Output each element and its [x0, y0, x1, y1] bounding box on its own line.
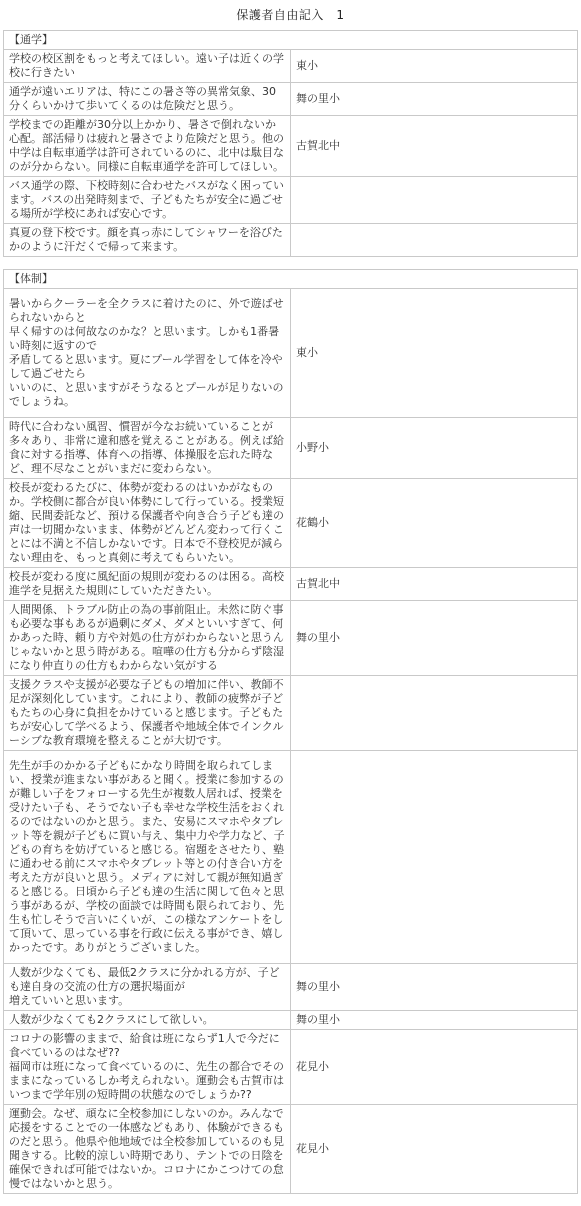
- school-cell: [291, 751, 578, 964]
- school-cell: 舞の里小: [291, 83, 578, 116]
- school-cell: 花鶴小: [291, 479, 578, 568]
- school-cell: 花見小: [291, 1030, 578, 1105]
- table-row: 人間関係、トラブル防止の為の事前阻止。未然に防ぐ事も必要な事もあるが過剰にダメ、…: [4, 601, 578, 676]
- comment-cell: 人数が少なくても、最低2クラスに分かれる方が、子ども達自身の交流の仕方の選択場面…: [4, 964, 291, 1011]
- table-row: 支援クラスや支援が必要な子どもの増加に伴い、教師不足が深刻化しています。これによ…: [4, 676, 578, 751]
- survey-table-system: 【体制】 暑いからクーラーを全クラスに着けたのに、外で遊ばせられないからと 早く…: [3, 269, 578, 1194]
- table-row: 学校までの距離が30分以上かかり、暑さで倒れないか心配。部活帰りは疲れと暑さでよ…: [4, 116, 578, 177]
- comment-cell: 真夏の登下校です。顔を真っ赤にしてシャワーを浴びたかのように汗だくで帰って来ます…: [4, 224, 291, 257]
- comment-cell: 運動会。なぜ、頑なに全校参加にしないのか。みんなで応援をすることでの一体感なども…: [4, 1105, 291, 1194]
- table-row: コロナの影響のままで、給食は班にならず1人で今だに食べているのはなぜ?? 福岡市…: [4, 1030, 578, 1105]
- school-cell: 花見小: [291, 1105, 578, 1194]
- comment-cell: 人間関係、トラブル防止の為の事前阻止。未然に防ぐ事も必要な事もあるが過剰にダメ、…: [4, 601, 291, 676]
- school-cell: 舞の里小: [291, 601, 578, 676]
- comment-cell: 支援クラスや支援が必要な子どもの増加に伴い、教師不足が深刻化しています。これによ…: [4, 676, 291, 751]
- comment-cell: 校長が変わる度に風紀面の規則が変わるのは困る。高校進学を見据えた規則にしていただ…: [4, 568, 291, 601]
- comment-cell: 学校までの距離が30分以上かかり、暑さで倒れないか心配。部活帰りは疲れと暑さでよ…: [4, 116, 291, 177]
- comment-cell: 人数が少なくても2クラスにして欲しい。: [4, 1011, 291, 1030]
- school-cell: 東小: [291, 50, 578, 83]
- table-row: 暑いからクーラーを全クラスに着けたのに、外で遊ばせられないからと 早く帰すのは何…: [4, 289, 578, 418]
- school-cell: 古賀北中: [291, 116, 578, 177]
- table-row: 人数が少なくても、最低2クラスに分かれる方が、子ども達自身の交流の仕方の選択場面…: [4, 964, 578, 1011]
- comment-cell: バス通学の際、下校時刻に合わせたバスがなく困っています。バスの出発時刻まで、子ど…: [4, 177, 291, 224]
- comment-cell: 通学が遠いエリアは、特にこの暑さ等の異常気象、30分くらいかけて歩いてくるのは危…: [4, 83, 291, 116]
- survey-table-commute: 【通学】 学校の校区割をもっと考えてほしい。遠い子は近くの学校に行きたい 東小 …: [3, 30, 578, 257]
- table-row: 通学が遠いエリアは、特にこの暑さ等の異常気象、30分くらいかけて歩いてくるのは危…: [4, 83, 578, 116]
- school-cell: 古賀北中: [291, 568, 578, 601]
- comment-cell: 時代に合わない風習、慣習が今なお続いていることが多々あり、非常に違和感を覚えるこ…: [4, 418, 291, 479]
- school-cell: 小野小: [291, 418, 578, 479]
- comment-cell: 学校の校区割をもっと考えてほしい。遠い子は近くの学校に行きたい: [4, 50, 291, 83]
- comment-cell: 校長が変わるたびに、体勢が変わるのはいかがなものか。学校側に都合が良い体勢にして…: [4, 479, 291, 568]
- table-row: 校長が変わるたびに、体勢が変わるのはいかがなものか。学校側に都合が良い体勢にして…: [4, 479, 578, 568]
- table-row: 校長が変わる度に風紀面の規則が変わるのは困る。高校進学を見据えた規則にしていただ…: [4, 568, 578, 601]
- school-cell: [291, 676, 578, 751]
- comment-cell: コロナの影響のままで、給食は班にならず1人で今だに食べているのはなぜ?? 福岡市…: [4, 1030, 291, 1105]
- table-row: 時代に合わない風習、慣習が今なお続いていることが多々あり、非常に違和感を覚えるこ…: [4, 418, 578, 479]
- school-cell: 舞の里小: [291, 1011, 578, 1030]
- section-header-row: 【通学】: [4, 31, 578, 50]
- section-header-system: 【体制】: [4, 270, 578, 289]
- table-row: 先生が手のかかる子どもにかなり時間を取られてしまい、授業が進まない事があると聞く…: [4, 751, 578, 964]
- comment-cell: 暑いからクーラーを全クラスに着けたのに、外で遊ばせられないからと 早く帰すのは何…: [4, 289, 291, 418]
- table-row: 人数が少なくても2クラスにして欲しい。 舞の里小: [4, 1011, 578, 1030]
- school-cell: [291, 224, 578, 257]
- comment-cell: 先生が手のかかる子どもにかなり時間を取られてしまい、授業が進まない事があると聞く…: [4, 751, 291, 964]
- table-row: 学校の校区割をもっと考えてほしい。遠い子は近くの学校に行きたい 東小: [4, 50, 578, 83]
- school-cell: 東小: [291, 289, 578, 418]
- section-header-row: 【体制】: [4, 270, 578, 289]
- school-cell: 舞の里小: [291, 964, 578, 1011]
- document-page: 保護者自由記入 1 【通学】 学校の校区割をもっと考えてほしい。遠い子は近くの学…: [0, 0, 581, 1194]
- section-header-commute: 【通学】: [4, 31, 578, 50]
- table-row: バス通学の際、下校時刻に合わせたバスがなく困っています。バスの出発時刻まで、子ど…: [4, 177, 578, 224]
- school-cell: [291, 177, 578, 224]
- page-title: 保護者自由記入 1: [0, 6, 581, 23]
- table-row: 真夏の登下校です。顔を真っ赤にしてシャワーを浴びたかのように汗だくで帰って来ます…: [4, 224, 578, 257]
- table-row: 運動会。なぜ、頑なに全校参加にしないのか。みんなで応援をすることでの一体感なども…: [4, 1105, 578, 1194]
